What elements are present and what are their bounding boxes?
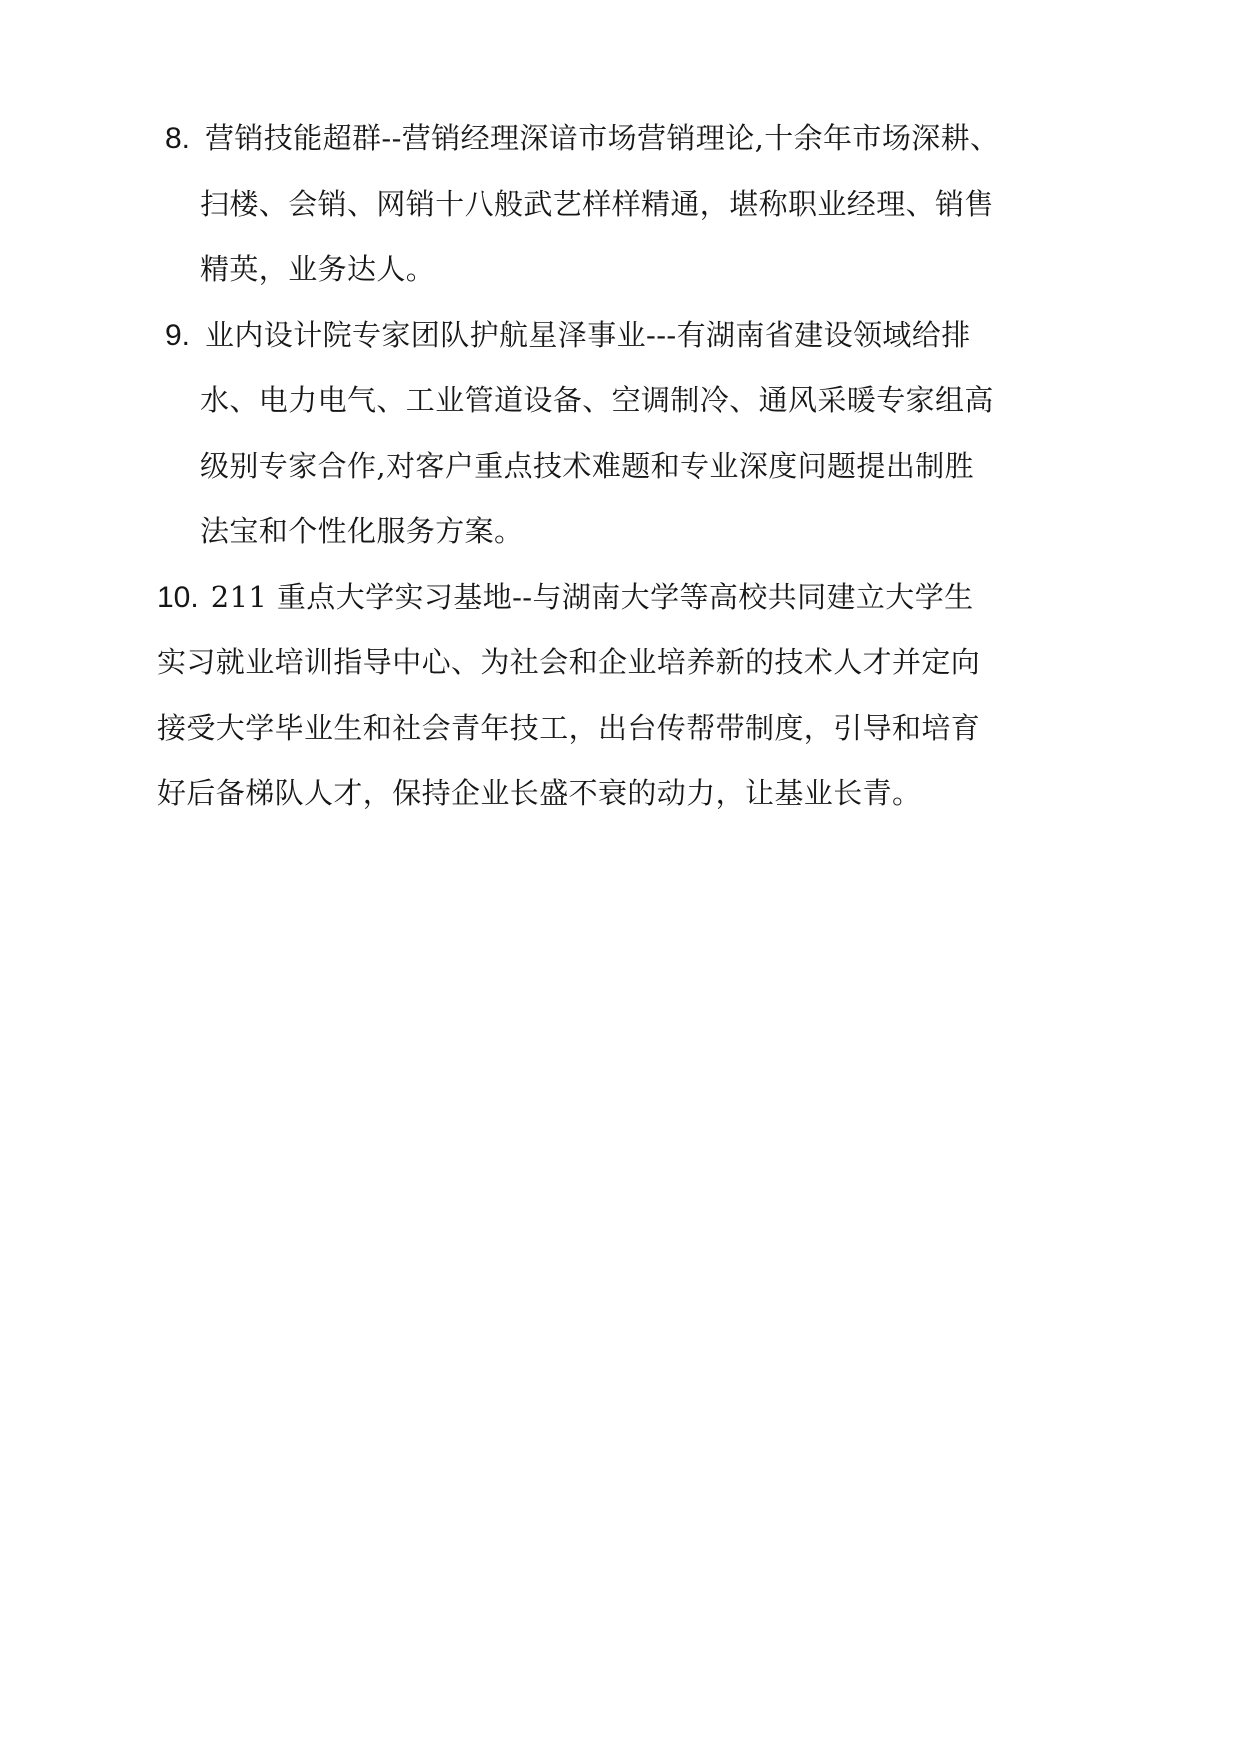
numbered-list-item: 8.营销技能超群--营销经理深谙市场营销理论,十余年市场深耕、扫楼、会销、网销十… bbox=[157, 106, 972, 303]
list-item-line: 9.业内设计院专家团队护航星泽事业---有湖南省建设领域给排 bbox=[165, 303, 972, 369]
list-item-line: 接受大学毕业生和社会青年技工，出台传帮带制度，引导和培育 bbox=[157, 696, 972, 762]
list-item-line-text: 好后备梯队人才，保持企业长盛不衰的动力，让基业长青。 bbox=[157, 776, 921, 810]
list-item-number: 9. bbox=[165, 303, 205, 369]
list-item-line-text: 法宝和个性化服务方案。 bbox=[200, 514, 523, 548]
list-item-line-text: 业内设计院专家团队护航星泽事业---有湖南省建设领域给排 bbox=[205, 318, 971, 352]
list-item-line: 水、电力电气、工业管道设备、空调制冷、通风采暖专家组高 bbox=[200, 368, 972, 434]
list-item-line-text: 扫楼、会销、网销十八般武艺样样精通，堪称职业经理、销售 bbox=[200, 187, 994, 221]
list-item-line: 扫楼、会销、网销十八般武艺样样精通，堪称职业经理、销售 bbox=[200, 172, 972, 238]
list-item-line-text: 接受大学毕业生和社会青年技工，出台传帮带制度，引导和培育 bbox=[157, 711, 980, 745]
list-item-line: 8.营销技能超群--营销经理深谙市场营销理论,十余年市场深耕、 bbox=[165, 106, 972, 172]
list-item-line-text: 级别专家合作,对客户重点技术难题和专业深度问题提出制胜 bbox=[200, 449, 974, 483]
list-item-line: 10.211 重点大学实习基地--与湖南大学等高校共同建立大学生 bbox=[157, 565, 972, 631]
document-page: 8.营销技能超群--营销经理深谙市场营销理论,十余年市场深耕、扫楼、会销、网销十… bbox=[0, 0, 1240, 1754]
numbered-list-item: 10.211 重点大学实习基地--与湖南大学等高校共同建立大学生实习就业培训指导… bbox=[157, 565, 972, 827]
list-item-number: 10. bbox=[157, 565, 199, 631]
list-item-line: 实习就业培训指导中心、为社会和企业培养新的技术人才并定向 bbox=[157, 630, 972, 696]
list-item-line-text: 水、电力电气、工业管道设备、空调制冷、通风采暖专家组高 bbox=[200, 383, 994, 417]
list-item-line-text: 营销技能超群--营销经理深谙市场营销理论,十余年市场深耕、 bbox=[205, 121, 999, 155]
list-item-line: 精英，业务达人。 bbox=[200, 237, 972, 303]
list-item-line-text: 实习就业培训指导中心、为社会和企业培养新的技术人才并定向 bbox=[157, 645, 980, 679]
list-item-line-text: 精英，业务达人。 bbox=[200, 252, 435, 286]
document-body: 8.营销技能超群--营销经理深谙市场营销理论,十余年市场深耕、扫楼、会销、网销十… bbox=[157, 106, 972, 827]
list-item-number: 8. bbox=[165, 106, 205, 172]
list-item-line: 好后备梯队人才，保持企业长盛不衰的动力，让基业长青。 bbox=[157, 761, 972, 827]
list-item-line-text: 211 重点大学实习基地--与湖南大学等高校共同建立大学生 bbox=[211, 580, 974, 614]
list-item-line: 法宝和个性化服务方案。 bbox=[200, 499, 972, 565]
numbered-list-item: 9.业内设计院专家团队护航星泽事业---有湖南省建设领域给排水、电力电气、工业管… bbox=[157, 303, 972, 565]
list-item-line: 级别专家合作,对客户重点技术难题和专业深度问题提出制胜 bbox=[200, 434, 972, 500]
